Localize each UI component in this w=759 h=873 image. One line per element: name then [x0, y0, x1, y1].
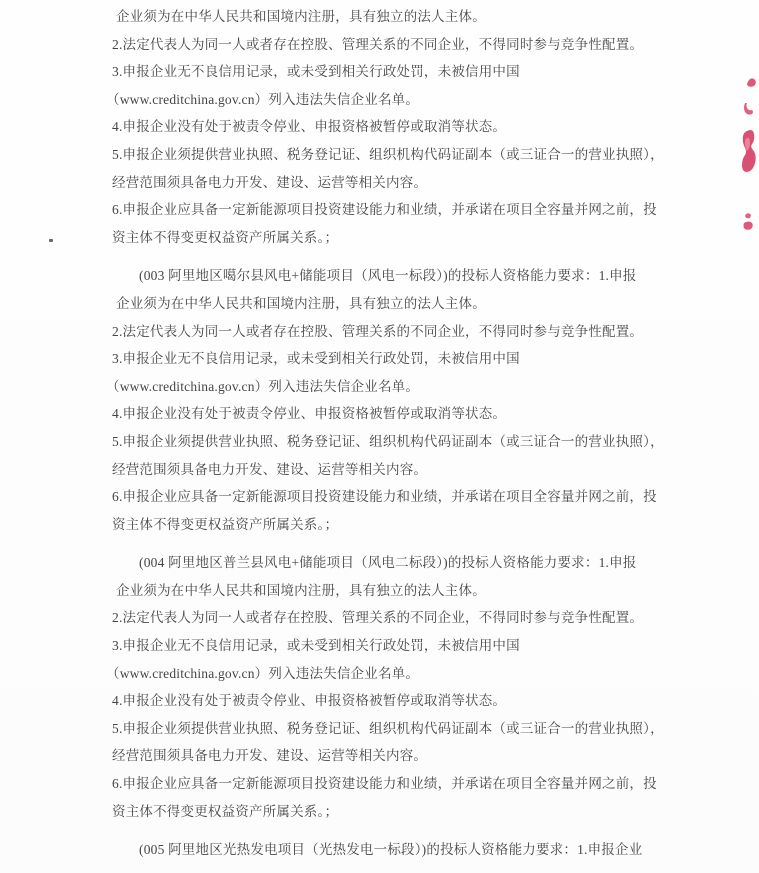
document-line: 4.申报企业没有处于被责令停业、申报资格被暂停或取消等状态。	[112, 113, 712, 141]
document-line: 3.申报企业无不良信用记录，或未受到相关行政处罚，未被信用中国	[112, 58, 712, 86]
document-line: 资主体不得变更权益资产所属关系。；	[112, 798, 712, 826]
document-line: （www.creditchina.gov.cn）列入违法失信企业名单。	[106, 373, 712, 401]
document-line: 5.申报企业须提供营业执照、税务登记证、组织机构代码证副本（或三证合一的营业执照…	[112, 715, 712, 743]
document-line: 2.法定代表人为同一人或者存在控股、管理关系的不同企业，不得同时参与竞争性配置。	[112, 318, 712, 346]
document-line: 4.申报企业没有处于被责令停业、申报资格被暂停或取消等状态。	[112, 400, 712, 428]
document-line: 资主体不得变更权益资产所属关系。；	[112, 511, 712, 539]
document-line: （www.creditchina.gov.cn）列入违法失信企业名单。	[106, 86, 712, 114]
document-line: 企业须为在中华人民共和国境内注册，具有独立的法人主体。	[112, 290, 712, 318]
document-line: 2.法定代表人为同一人或者存在控股、管理关系的不同企业，不得同时参与竞争性配置。	[112, 604, 712, 632]
document-line: 6.申报企业应具备一定新能源项目投资建设能力和业绩，并承诺在项目全容量并网之前，…	[112, 196, 712, 224]
document-line: 企业须为在中华人民共和国境内注册，具有独立的法人主体。	[112, 577, 712, 605]
document-line: 5.申报企业须提供营业执照、税务登记证、组织机构代码证副本（或三证合一的营业执照…	[112, 141, 712, 169]
stamp-fragment-3	[742, 130, 756, 172]
document-line: （www.creditchina.gov.cn）列入违法失信企业名单。	[106, 660, 712, 688]
red-stamp-fragments-icon	[733, 58, 759, 238]
document-line: (005 阿里地区光热发电项目（光热发电一标段）)的投标人资格能力要求：1.申报…	[112, 836, 712, 864]
document-line: 4.申报企业没有处于被责令停业、申报资格被暂停或取消等状态。	[112, 687, 712, 715]
document-line: (003 阿里地区噶尔县风电+储能项目（风电一标段）)的投标人资格能力要求：1.…	[112, 262, 712, 290]
document-line: 经营范围须具备电力开发、建设、运营等相关内容。	[112, 169, 712, 197]
document-line: (004 阿里地区普兰县风电+储能项目（风电二标段）)的投标人资格能力要求：1.…	[112, 549, 712, 577]
document-line: 5.申报企业须提供营业执照、税务登记证、组织机构代码证副本（或三证合一的营业执照…	[112, 428, 712, 456]
document-line: 3.申报企业无不良信用记录，或未受到相关行政处罚，未被信用中国	[112, 345, 712, 373]
document-line: 2.法定代表人为同一人或者存在控股、管理关系的不同企业，不得同时参与竞争性配置。	[112, 31, 712, 59]
document-line: 经营范围须具备电力开发、建设、运营等相关内容。	[112, 456, 712, 484]
scanned-document-page: 企业须为在中华人民共和国境内注册，具有独立的法人主体。2.法定代表人为同一人或者…	[0, 0, 759, 873]
document-text-block: 企业须为在中华人民共和国境内注册，具有独立的法人主体。2.法定代表人为同一人或者…	[112, 3, 712, 864]
document-line: 企业须为在中华人民共和国境内注册，具有独立的法人主体。	[112, 3, 712, 31]
stamp-fragment-2	[744, 103, 753, 115]
stamp-fragment-4	[744, 213, 753, 230]
document-line: 3.申报企业无不良信用记录，或未受到相关行政处罚，未被信用中国	[112, 632, 712, 660]
stamp-fragment-1	[747, 78, 756, 86]
document-line: 6.申报企业应具备一定新能源项目投资建设能力和业绩，并承诺在项目全容量并网之前，…	[112, 483, 712, 511]
document-line: 6.申报企业应具备一定新能源项目投资建设能力和业绩，并承诺在项目全容量并网之前，…	[112, 770, 712, 798]
document-line: 经营范围须具备电力开发、建设、运营等相关内容。	[112, 742, 712, 770]
document-line: 资主体不得变更权益资产所属关系。；	[112, 224, 712, 252]
scan-speck	[49, 239, 53, 242]
